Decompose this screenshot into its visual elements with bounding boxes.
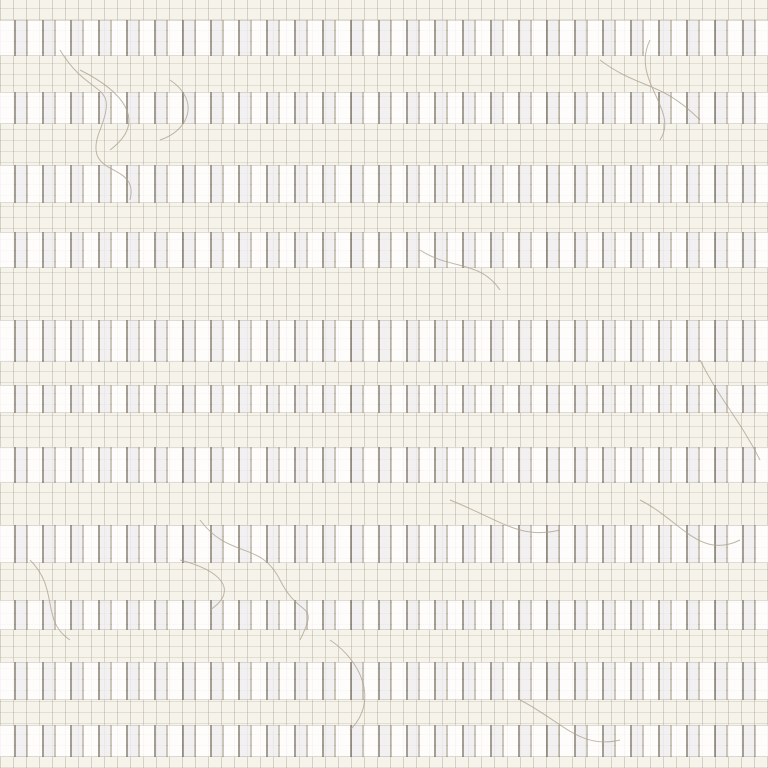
textile-texture xyxy=(0,0,768,768)
loose-fibers xyxy=(0,0,768,768)
